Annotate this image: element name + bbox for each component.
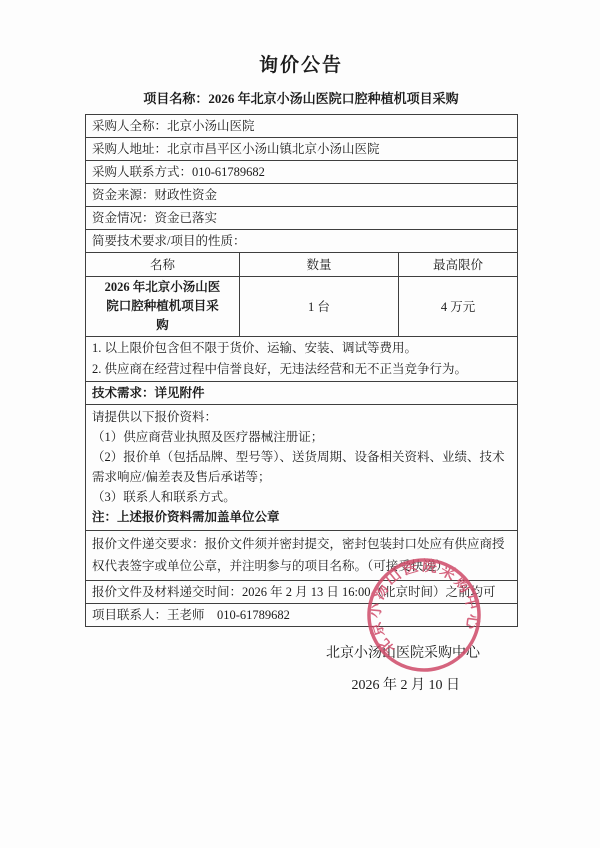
quote-material-item-3: （3）联系人和联系方式。 [92, 487, 511, 507]
row-submission-requirement: 报价文件递交要求：报价文件须并密封提交，密封包装封口处应有供应商授权代表签字或单… [86, 531, 518, 581]
row-project-contact: 项目联系人：王老师 010-61789682 [86, 604, 518, 627]
tech-demand-text: 技术需求：详见附件 [86, 382, 518, 405]
fund-source-text: 资金来源：财政性资金 [86, 184, 518, 207]
purchaser-address-text: 采购人地址：北京市昌平区小汤山镇北京小汤山医院 [86, 138, 518, 161]
row-quote-materials: 请提供以下报价资料： （1）供应商营业执照及医疗器械注册证； （2）报价单（包括… [86, 405, 518, 531]
page-title: 询价公告 [85, 0, 517, 77]
price-notes-cell: 1. 以上限价包含但不限于货价、运输、安装、调试等费用。 2. 供应商在经营过程… [86, 337, 518, 382]
fund-status-text: 资金情况：资金已落实 [86, 207, 518, 230]
purchaser-contact-text: 采购人联系方式：010-61789682 [86, 161, 518, 184]
announcement-document: 询价公告 项目名称：2026 年北京小汤山医院口腔种植机项目采购 采购人全称：北… [85, 0, 517, 694]
project-contact-text: 项目联系人：王老师 010-61789682 [86, 604, 518, 627]
row-purchaser-contact: 采购人联系方式：010-61789682 [86, 161, 518, 184]
row-purchaser-address: 采购人地址：北京市昌平区小汤山镇北京小汤山医院 [86, 138, 518, 161]
price-note-2: 2. 供应商在经营过程中信誉良好，无违法经营和无不正当竞争行为。 [92, 359, 511, 380]
quote-materials-note: 注：上述报价资料需加盖单位公章 [92, 507, 511, 527]
row-tech-demand: 技术需求：详见附件 [86, 382, 518, 405]
tech-requirement-heading-text: 简要技术要求/项目的性质： [86, 230, 518, 253]
announcement-table: 采购人全称：北京小汤山医院 采购人地址：北京市昌平区小汤山镇北京小汤山医院 采购… [85, 114, 518, 627]
header-name: 名称 [86, 253, 240, 277]
deadline-text: 报价文件及材料递交时间：2026 年 2 月 13 日 16:00（北京时间）之… [86, 581, 518, 604]
signature-organization: 北京小汤山医院采购中心 [85, 642, 517, 662]
item-name-cell: 2026 年北京小汤山医院口腔种植机项目采购 [86, 277, 240, 337]
row-fund-status: 资金情况：资金已落实 [86, 207, 518, 230]
scanned-document-page: { "page": { "title": "询价公告", "subtitle":… [0, 0, 600, 848]
quote-material-item-1: （1）供应商营业执照及医疗器械注册证； [92, 427, 511, 447]
row-tech-requirement-heading: 简要技术要求/项目的性质： [86, 230, 518, 253]
item-quantity-cell: 1 台 [240, 277, 399, 337]
item-max-price-cell: 4 万元 [399, 277, 518, 337]
item-table-header-row: 名称 数量 最高限价 [86, 253, 518, 277]
quote-materials-cell: 请提供以下报价资料： （1）供应商营业执照及医疗器械注册证； （2）报价单（包括… [86, 405, 518, 531]
row-purchaser-name: 采购人全称：北京小汤山医院 [86, 115, 518, 138]
submission-requirement-text: 报价文件递交要求：报价文件须并密封提交，密封包装封口处应有供应商授权代表签字或单… [86, 531, 518, 581]
quote-material-item-2: （2）报价单（包括品牌、型号等）、送货周期、设备相关资料、业绩、技术需求响应/偏… [92, 447, 511, 487]
row-fund-source: 资金来源：财政性资金 [86, 184, 518, 207]
item-row: 2026 年北京小汤山医院口腔种植机项目采购 1 台 4 万元 [86, 277, 518, 337]
row-deadline: 报价文件及材料递交时间：2026 年 2 月 13 日 16:00（北京时间）之… [86, 581, 518, 604]
header-max-price: 最高限价 [399, 253, 518, 277]
purchaser-name-text: 采购人全称：北京小汤山医院 [86, 115, 518, 138]
project-name-subtitle: 项目名称：2026 年北京小汤山医院口腔种植机项目采购 [85, 88, 517, 107]
header-quantity: 数量 [240, 253, 399, 277]
row-price-notes: 1. 以上限价包含但不限于货价、运输、安装、调试等费用。 2. 供应商在经营过程… [86, 337, 518, 382]
quote-materials-intro: 请提供以下报价资料： [92, 407, 511, 427]
signature-date: 2026 年 2 月 10 日 [85, 674, 517, 694]
price-note-1: 1. 以上限价包含但不限于货价、运输、安装、调试等费用。 [92, 338, 511, 359]
